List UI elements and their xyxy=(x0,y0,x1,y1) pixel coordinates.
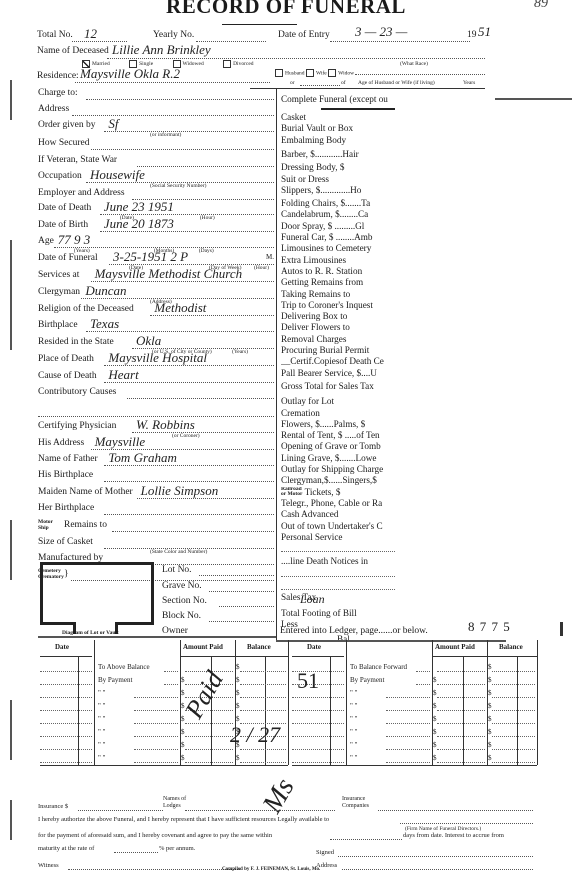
ledger-row-label: " " xyxy=(98,741,105,749)
ledger-row-label: To Balance Forward xyxy=(350,663,407,671)
charge-item[interactable]: Pall Bearer Service, $....U xyxy=(281,368,395,378)
dollar-sign: $ xyxy=(181,728,185,736)
balance-field[interactable] xyxy=(492,697,535,698)
residence-field[interactable]: Maysville Okla R.2 xyxy=(80,66,180,82)
signed-field[interactable] xyxy=(338,856,533,857)
checkbox-icon[interactable] xyxy=(275,69,283,77)
field-value[interactable]: 77 9 3 xyxy=(58,232,91,248)
column-header-balance: Balance xyxy=(499,643,523,651)
ledger-row-label: To Above Balance xyxy=(98,663,150,671)
ledger-date-field[interactable] xyxy=(40,749,92,750)
ledger-date-field[interactable] xyxy=(40,671,92,672)
field-label: Size of Casket xyxy=(38,537,93,547)
amount-paid-field[interactable] xyxy=(437,762,485,763)
companies-label: InsuranceCompanies xyxy=(342,796,369,810)
ledger-row-label: " " xyxy=(350,754,357,762)
field-value[interactable]: Tom Graham xyxy=(108,450,177,466)
balance-field[interactable] xyxy=(240,749,286,750)
field-caption: (Years) xyxy=(232,349,248,355)
field-caption: (Hour) xyxy=(254,265,269,271)
charge-item[interactable]: Clergyman,$......Singers,$ xyxy=(281,475,395,485)
initials-mark: Ms xyxy=(257,773,302,819)
authorize-text: I hereby authorize the above Funeral, an… xyxy=(38,816,329,823)
field-value[interactable]: June 23 1951 xyxy=(104,199,174,215)
field-label: Maiden Name of Mother xyxy=(38,487,133,497)
dollar-sign: $ xyxy=(433,702,437,710)
field-label: Charge to: xyxy=(38,88,78,98)
field-value[interactable]: Maysville xyxy=(95,434,146,450)
charge-item[interactable]: __Certif.Copiesof Death Ce xyxy=(281,356,395,366)
dollar-sign: $ xyxy=(236,676,240,684)
field-caption: (Social Security Number) xyxy=(150,183,207,189)
ledger-date-field[interactable] xyxy=(40,723,92,724)
dollar-sign: $ xyxy=(181,676,185,684)
spouse-of: of xyxy=(341,80,346,86)
field-value[interactable]: Maysville Methodist Church xyxy=(95,266,243,282)
charges-panel: Complete Funeral (except ou CasketBurial… xyxy=(276,89,395,641)
ledger-row-label: " " xyxy=(350,728,357,736)
field-line[interactable] xyxy=(104,514,274,515)
charge-item[interactable]: Burial Vault or Box xyxy=(281,123,395,133)
charge-item[interactable]: Autos to R. R. Station xyxy=(281,266,395,276)
field-label: Address xyxy=(38,104,69,114)
amount-paid-field[interactable] xyxy=(185,749,233,750)
ledger-desc-line xyxy=(134,697,178,698)
header-rule xyxy=(432,656,537,657)
field-line[interactable] xyxy=(137,166,274,167)
witness-label: Witness xyxy=(38,862,59,869)
total-no-field[interactable]: 12 xyxy=(84,26,97,42)
dollar-sign: $ xyxy=(488,715,492,723)
field-label: Remains to xyxy=(64,520,107,530)
lot-field-input[interactable] xyxy=(199,575,274,576)
amount-paid-field[interactable] xyxy=(185,723,233,724)
field-label: Age xyxy=(38,236,54,246)
deceased-name-field[interactable]: Lillie Ann Brinkley xyxy=(112,42,211,58)
amount-paid-field[interactable] xyxy=(185,762,233,763)
ledger-row-label: " " xyxy=(98,728,105,736)
days-field[interactable] xyxy=(330,839,402,840)
charge-item[interactable]: Outlay for Shipping Charge xyxy=(281,464,395,474)
charge-item[interactable] xyxy=(281,543,395,552)
binder-mark xyxy=(10,700,12,760)
dollar-sign: $ xyxy=(181,754,185,762)
ledger-desc-line xyxy=(164,671,178,672)
charge-item[interactable]: Barber, $............Hair xyxy=(281,149,395,159)
dollar-sign: $ xyxy=(488,754,492,762)
ledger-row-label: " " xyxy=(98,702,105,710)
charge-item[interactable]: ....line Death Notices in xyxy=(281,556,395,566)
field-value[interactable]: Methodist xyxy=(154,300,206,316)
amount-paid-field[interactable] xyxy=(437,749,485,750)
charge-item[interactable]: Out of town Undertaker's C xyxy=(281,521,395,531)
field-label: How Secured xyxy=(38,138,89,148)
interest-rate-field[interactable] xyxy=(114,852,158,853)
checkbox-icon[interactable] xyxy=(328,69,336,77)
lot-field-label: Lot No. xyxy=(162,565,192,575)
signed-label: Signed xyxy=(316,849,334,856)
ledger-row-label: By Payment xyxy=(98,676,132,684)
ledger-row-label: " " xyxy=(350,702,357,710)
column-divider xyxy=(537,640,538,765)
dollar-sign: $ xyxy=(181,689,185,697)
charge-item[interactable]: Embalming Body xyxy=(281,135,395,145)
year-field[interactable]: 51 xyxy=(478,24,491,40)
checkbox-icon[interactable] xyxy=(306,69,314,77)
ledger-date-field[interactable] xyxy=(40,710,92,711)
field-label: Date of Death xyxy=(38,203,91,213)
ledger-desc-line xyxy=(134,749,178,750)
paper-edge xyxy=(495,98,572,100)
field-caption: (Hour) xyxy=(200,215,215,221)
binder-mark xyxy=(10,80,12,120)
field-value[interactable]: Texas xyxy=(90,316,119,332)
charge-item[interactable]: Flowers, $......Palms, $ xyxy=(281,419,395,429)
field-label: Order given by xyxy=(38,120,96,130)
ledger-date-field[interactable] xyxy=(40,697,92,698)
ledger-desc-line xyxy=(386,749,430,750)
years-caption: Years xyxy=(463,80,475,86)
amount-paid-field[interactable] xyxy=(437,671,485,672)
charge-item[interactable]: Total Footing of Bill xyxy=(281,608,395,618)
field-label: His Birthplace xyxy=(38,470,93,480)
dollar-sign: $ xyxy=(488,676,492,684)
field-label: Occupation xyxy=(38,171,82,181)
charge-item[interactable]: Trip to Coroner's Inquest xyxy=(281,300,395,310)
field-caption: (or Coroner) xyxy=(172,433,200,439)
charge-item[interactable]: Gross Total for Sales Tax xyxy=(281,381,395,391)
dollar-sign: $ xyxy=(488,728,492,736)
balance-field[interactable] xyxy=(240,710,286,711)
field-line[interactable] xyxy=(104,481,274,482)
ledger-row-label: By Payment xyxy=(350,676,384,684)
lodges-field[interactable] xyxy=(185,810,335,811)
spouse-options: Husband Wife Widow xyxy=(275,69,354,77)
dollar-sign: $ xyxy=(433,741,437,749)
field-caption: (Days) xyxy=(199,248,214,254)
field-label: Date of Funeral xyxy=(38,253,98,263)
payment-text: for the payment of aforesaid sum, and I … xyxy=(38,832,272,839)
percent-text: % per annum. xyxy=(159,845,195,852)
column-divider xyxy=(346,640,347,765)
charge-item[interactable]: Slippers, $.............Ho xyxy=(281,185,395,195)
field-value[interactable]: 3-25-1951 2 P xyxy=(113,249,188,265)
ledger-desc-line xyxy=(134,736,178,737)
header-rule xyxy=(292,656,344,657)
table-bottom-rule xyxy=(292,765,537,766)
charge-item[interactable]: Outlay for Lot xyxy=(281,396,395,406)
balance-field[interactable] xyxy=(492,671,535,672)
balance-field[interactable] xyxy=(492,749,535,750)
charge-item[interactable] xyxy=(281,581,395,590)
field-label: Resided in the State xyxy=(38,337,114,347)
ledger-row-label: " " xyxy=(350,741,357,749)
ledger-desc-line xyxy=(386,710,430,711)
ledger-desc-line xyxy=(134,762,178,763)
field-line[interactable] xyxy=(91,149,274,150)
charge-item[interactable]: Sales Tax xyxy=(281,592,395,602)
charges-title: Complete Funeral (except ou xyxy=(281,94,395,104)
field-value[interactable]: Sf xyxy=(108,116,118,132)
dollar-sign: $ xyxy=(236,689,240,697)
charge-item[interactable]: Removal Charges xyxy=(281,334,395,344)
ledger-desc-line xyxy=(134,723,178,724)
field-prefix: MotorShip xyxy=(38,519,53,531)
date-of-entry-label: Date of Entry xyxy=(278,30,330,40)
spouse-name-field[interactable] xyxy=(300,85,340,86)
lodges-label: Names ofLodges xyxy=(163,796,186,810)
column-header-date: Date xyxy=(55,643,69,651)
year-mark: 51 xyxy=(297,668,319,694)
balance-field[interactable] xyxy=(492,736,535,737)
field-label: If Veteran, State War xyxy=(38,155,117,165)
dollar-sign: $ xyxy=(181,715,185,723)
maturity-text: maturity at the rate of xyxy=(38,845,94,852)
checkbox-icon[interactable] xyxy=(223,60,231,68)
ledger-divider xyxy=(276,640,506,642)
title-underline xyxy=(222,24,297,25)
age-spouse-caption: Age of Husband or Wife (if living) xyxy=(358,80,435,86)
dollar-sign: $ xyxy=(488,689,492,697)
field-label: Clergyman xyxy=(38,287,80,297)
ledger-date-field[interactable] xyxy=(40,736,92,737)
ledger-date-field[interactable] xyxy=(292,749,344,750)
ledger-date-field[interactable] xyxy=(40,762,92,763)
field-label: Services at xyxy=(38,270,79,280)
ledger-date-field[interactable] xyxy=(40,684,92,685)
amount-paid-field[interactable] xyxy=(437,697,485,698)
field-label: Her Birthplace xyxy=(38,503,94,513)
balance-field[interactable] xyxy=(492,762,535,763)
column-header-balance: Balance xyxy=(247,643,271,651)
field-value[interactable]: Heart xyxy=(108,367,138,383)
dollar-sign: $ xyxy=(236,663,240,671)
amount-paid-field[interactable] xyxy=(437,710,485,711)
spouse-or: or xyxy=(290,80,295,86)
charge-item[interactable]: Cash Advanced xyxy=(281,509,395,519)
lot-field-input[interactable] xyxy=(219,606,274,607)
field-value[interactable]: Maysville Hospital xyxy=(108,350,207,366)
balance-field[interactable] xyxy=(240,697,286,698)
column-divider xyxy=(288,640,289,765)
dollar-sign: $ xyxy=(488,702,492,710)
field-value[interactable]: Duncan xyxy=(85,283,126,299)
ledger-desc-line xyxy=(416,671,430,672)
residence-label: Residence: xyxy=(37,71,79,81)
ledger-row-label: " " xyxy=(98,715,105,723)
charge-item[interactable]: Delivering Box to xyxy=(281,311,395,321)
ledger-row-label: " " xyxy=(98,754,105,762)
charge-item[interactable]: Funeral Car, $ ........Amb xyxy=(281,232,395,242)
companies-field[interactable] xyxy=(378,810,533,811)
date-of-entry-field[interactable]: 3 — 23 — xyxy=(355,24,407,40)
field-label: Cause of Death xyxy=(38,371,97,381)
dollar-sign: $ xyxy=(236,702,240,710)
dollar-sign: $ xyxy=(433,676,437,684)
ledger-desc-line xyxy=(416,684,430,685)
deceased-name-line xyxy=(107,58,485,59)
field-label: Date of Birth xyxy=(38,220,88,230)
charge-item[interactable]: Suit or Dress xyxy=(281,174,395,184)
ledger-row-label: " " xyxy=(350,715,357,723)
field-value[interactable]: Okla xyxy=(136,333,161,349)
balance-field[interactable] xyxy=(492,710,535,711)
field-line[interactable] xyxy=(112,531,274,532)
ledger-desc-line xyxy=(386,697,430,698)
balance-field[interactable] xyxy=(492,723,535,724)
column-divider xyxy=(94,640,95,765)
days-text: days from date. Interest to accrue from xyxy=(403,832,504,839)
spouse-line[interactable] xyxy=(355,74,485,75)
balance-field[interactable] xyxy=(240,684,286,685)
charge-item[interactable]: Lining Grave, $.......Lowe xyxy=(281,453,395,463)
date-of-entry-line xyxy=(330,41,470,42)
paper-edge xyxy=(560,622,563,636)
charge-item[interactable]: Folding Chairs, $.......Ta xyxy=(281,198,395,208)
race-caption: (What Race) xyxy=(400,61,428,67)
charge-item[interactable]: Cremation xyxy=(281,408,395,418)
field-line[interactable] xyxy=(72,115,274,116)
binder-mark xyxy=(10,520,12,580)
dollar-sign: $ xyxy=(488,741,492,749)
charge-item[interactable]: Opening of Grave or Tomb xyxy=(281,441,395,451)
column-header-amount-paid: Amount Paid xyxy=(183,643,223,651)
lot-field-label: Section No. xyxy=(162,596,207,606)
charge-item[interactable]: Taking Remains to xyxy=(281,289,395,299)
field-label: Place of Death xyxy=(38,354,94,364)
lot-diagram xyxy=(40,562,154,625)
paid-date-mark: 2 / 27 xyxy=(230,722,280,748)
field-line[interactable] xyxy=(86,99,274,100)
balance-field[interactable] xyxy=(240,762,286,763)
ledger-desc-line xyxy=(386,723,430,724)
field-label: Certifying Physician xyxy=(38,421,116,431)
charge-item[interactable]: Procuring Burial Permit xyxy=(281,345,395,355)
binder-mark xyxy=(10,800,12,840)
amount-paid-field[interactable] xyxy=(437,684,485,685)
insurance-label: Insurance $ xyxy=(38,803,68,810)
dollar-sign: $ xyxy=(433,689,437,697)
field-label: Birthplace xyxy=(38,320,78,330)
ledger-desc-line xyxy=(134,710,178,711)
charge-item[interactable]: Extra Limousines xyxy=(281,255,395,265)
charge-item[interactable]: Limousines to Cemetery xyxy=(281,243,395,253)
field-caption: (State Color and Number) xyxy=(150,549,207,555)
ledger-page-field[interactable]: 8 7 7 5 xyxy=(468,619,511,635)
field-value[interactable]: June 20 1873 xyxy=(104,216,174,232)
year-prefix: 19 xyxy=(467,30,477,40)
dollar-sign: $ xyxy=(181,741,185,749)
insurance-field[interactable] xyxy=(78,810,163,811)
field-value[interactable]: W. Robbins xyxy=(136,417,195,433)
charge-item[interactable]: Dressing Body, $ xyxy=(281,162,395,172)
charges-title-rule xyxy=(321,108,395,110)
firm-name-field[interactable] xyxy=(400,823,533,824)
charge-item[interactable]: Candelabrum, $........Ca xyxy=(281,209,395,219)
dollar-sign: $ xyxy=(236,754,240,762)
residence-line xyxy=(75,82,270,83)
marital-divorced[interactable]: Divorced xyxy=(223,61,253,67)
charge-item[interactable]: Door Spray, $ .........Gl xyxy=(281,221,395,231)
amount-paid-field[interactable] xyxy=(437,736,485,737)
charge-item[interactable]: Rental of Tent, $ .....of Ten xyxy=(281,430,395,440)
lot-field-input[interactable] xyxy=(209,621,274,622)
field-line[interactable] xyxy=(104,131,274,132)
address-field[interactable] xyxy=(342,869,533,870)
binder-mark xyxy=(10,240,12,350)
less-field[interactable]: Loan xyxy=(300,592,325,607)
paid-mark: Paid xyxy=(179,666,230,724)
ledger-date-field[interactable] xyxy=(292,697,344,698)
charge-item[interactable]: Telegr., Phone, Cable or Ra xyxy=(281,498,395,508)
charge-item[interactable]: Getting Remains from xyxy=(281,277,395,287)
ledger-entry-label: Entered into Ledger, page......or below. xyxy=(280,626,428,636)
balance-field[interactable] xyxy=(492,684,535,685)
ledger-date-field[interactable] xyxy=(292,736,344,737)
field-label: Religion of the Deceased xyxy=(38,304,134,314)
page-title: RECORD OF FUNERAL xyxy=(0,0,572,19)
dollar-sign: $ xyxy=(488,663,492,671)
column-header-amount-paid: Amount Paid xyxy=(435,643,475,651)
ledger-row-label: " " xyxy=(98,689,105,697)
page-number: 89 xyxy=(534,0,548,12)
ledger-desc-line xyxy=(386,762,430,763)
charge-item[interactable]: Personal Service xyxy=(281,532,395,542)
ledger-desc-line xyxy=(386,736,430,737)
lot-field-label: Grave No. xyxy=(162,581,202,591)
field-value[interactable]: Lollie Simpson xyxy=(141,483,219,499)
witness-field[interactable] xyxy=(68,869,240,870)
ledger-date-field[interactable] xyxy=(292,762,344,763)
lot-field-label: Owner xyxy=(162,626,188,636)
ledger-date-field[interactable] xyxy=(292,710,344,711)
field-value[interactable]: Housewife xyxy=(90,167,145,183)
field-label: His Address xyxy=(38,438,84,448)
charge-item[interactable]: Casket xyxy=(281,112,395,122)
column-header-date: Date xyxy=(307,643,321,651)
field-line[interactable] xyxy=(127,398,274,399)
total-no-label: Total No. xyxy=(37,30,73,40)
dollar-sign: $ xyxy=(433,715,437,723)
amount-paid-field[interactable] xyxy=(185,736,233,737)
header-rule xyxy=(40,656,92,657)
header-rule xyxy=(180,656,288,657)
field-suffix: M. xyxy=(266,253,274,261)
lot-field-input[interactable] xyxy=(209,591,274,592)
charge-item[interactable] xyxy=(281,568,395,577)
yearly-no-label: Yearly No. xyxy=(153,30,194,40)
compiled-by: Compiled by F. J. FEINEMAN, St. Louis, M… xyxy=(222,867,320,872)
ledger-date-field[interactable] xyxy=(292,723,344,724)
dollar-sign: $ xyxy=(433,754,437,762)
ledger-row-label: " " xyxy=(350,689,357,697)
ledger-divider xyxy=(38,636,276,638)
dollar-sign: $ xyxy=(433,728,437,736)
ledger-desc-line xyxy=(164,684,178,685)
field-label: Name of Father xyxy=(38,454,98,464)
charge-item[interactable]: Deliver Flowers to xyxy=(281,322,395,332)
balance-field[interactable] xyxy=(240,671,286,672)
field-label: Employer and Address xyxy=(38,188,125,198)
field-caption: (or informant) xyxy=(150,132,181,138)
amount-paid-field[interactable] xyxy=(437,723,485,724)
deceased-name-label: Name of Deceased xyxy=(37,46,109,56)
table-bottom-rule xyxy=(40,765,288,766)
charge-item[interactable]: Railroador Motor Tickets, $ xyxy=(281,487,395,498)
field-label: Contributory Causes xyxy=(38,387,116,397)
lot-field-label: Block No. xyxy=(162,611,201,621)
